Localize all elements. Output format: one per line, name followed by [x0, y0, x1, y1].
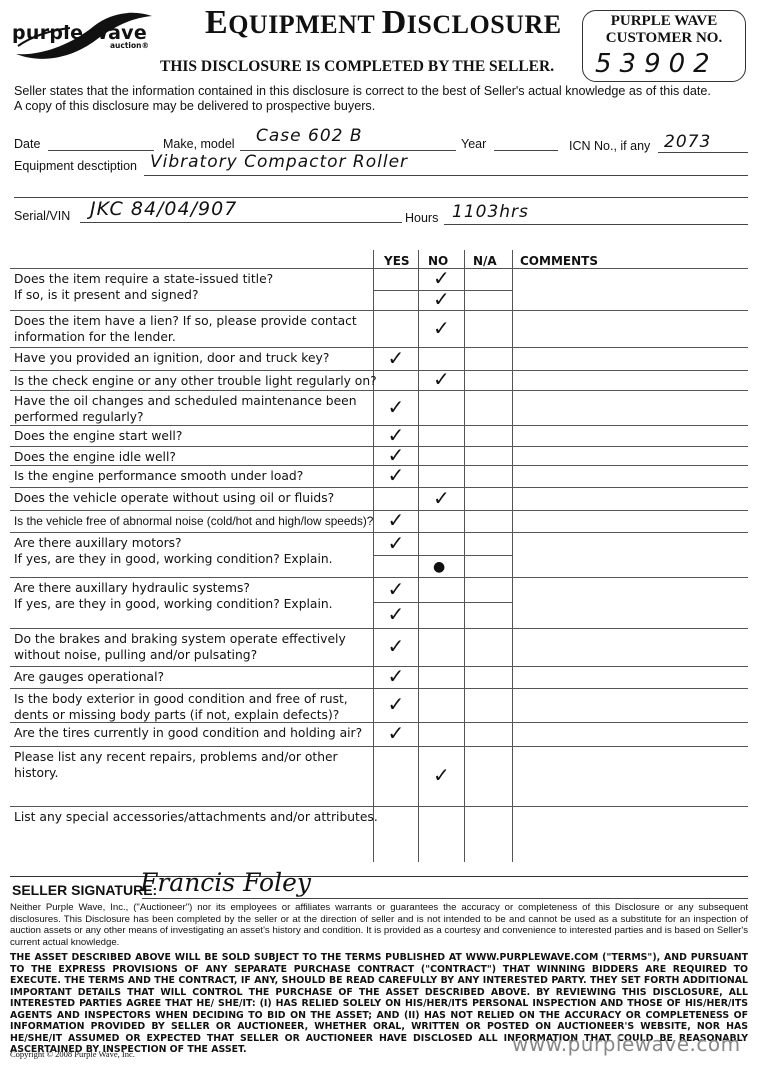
checkmark-icon[interactable]: ✓ [433, 268, 450, 288]
comments-cell[interactable] [514, 667, 748, 687]
website-link[interactable]: www.purplewave.com [512, 1032, 741, 1056]
comments-cell[interactable] [514, 488, 748, 509]
question-row: Are gauges operational? [14, 669, 164, 685]
checkmark-icon[interactable]: ✓ [388, 533, 405, 553]
checkmark-icon[interactable]: ✓ [388, 397, 405, 417]
comments-cell[interactable] [514, 723, 748, 745]
column-divider [418, 250, 419, 862]
checkmark-icon[interactable]: ✓ [388, 510, 405, 530]
question-row: Are there auxillary hydraulic systems?If… [14, 580, 333, 612]
comments-cell[interactable] [514, 629, 748, 665]
checkmark-icon[interactable]: ✓ [388, 666, 405, 686]
question-text: If yes, are they in good, working condit… [14, 551, 333, 567]
column-divider [373, 250, 374, 862]
question-row: Is the vehicle free of abnormal noise (c… [14, 513, 373, 529]
question-text: Is the body exterior in good condition a… [14, 691, 348, 707]
seller-signature-value: Francis Foley [140, 868, 311, 897]
column-divider [464, 250, 465, 862]
comments-cell[interactable] [514, 447, 748, 464]
question-text: dents or missing body parts (if not, exp… [14, 707, 348, 723]
question-row: Is the check engine or any other trouble… [14, 373, 377, 389]
question-row: Does the vehicle operate without using o… [14, 490, 334, 506]
column-divider [512, 250, 513, 862]
signature-separator [10, 876, 748, 877]
col-comments: COMMENTS [520, 254, 598, 268]
question-text: If yes, are they in good, working condit… [14, 596, 333, 612]
checkmark-icon[interactable]: ✓ [388, 348, 405, 368]
question-row: Have you provided an ignition, door and … [14, 350, 329, 366]
question-text: Have the oil changes and scheduled maint… [14, 393, 357, 409]
comments-cell[interactable] [514, 747, 748, 805]
question-text: Does the engine idle well? [14, 449, 176, 465]
question-text: Please list any recent repairs, problems… [14, 749, 338, 765]
comments-cell[interactable] [514, 466, 748, 486]
sub-row-divider [373, 555, 512, 556]
question-row: Does the engine start well? [14, 428, 182, 444]
comments-cell[interactable] [514, 269, 748, 309]
question-row: Are there auxillary motors?If yes, are t… [14, 535, 333, 567]
comments-cell[interactable] [514, 533, 748, 576]
question-text: information for the lender. [14, 329, 357, 345]
question-text: Are the tires currently in good conditio… [14, 725, 362, 741]
question-text: Do the brakes and braking system operate… [14, 631, 346, 647]
question-row: Does the item require a state-issued tit… [14, 271, 273, 303]
checkmark-icon[interactable]: ✓ [388, 604, 405, 624]
question-text: Does the vehicle operate without using o… [14, 490, 334, 506]
question-text: Are there auxillary hydraulic systems? [14, 580, 333, 596]
comments-cell[interactable] [514, 371, 748, 389]
checkmark-icon[interactable]: ✓ [433, 318, 450, 338]
disclosure-table: YES NO N/A COMMENTS Does the item requir… [0, 0, 758, 880]
checkmark-icon[interactable]: ✓ [433, 289, 450, 309]
question-text: history. [14, 765, 338, 781]
col-na: N/A [473, 254, 497, 268]
checkmark-icon[interactable]: ✓ [388, 579, 405, 599]
comments-cell[interactable] [514, 807, 748, 861]
question-row: Does the engine idle well? [14, 449, 176, 465]
seller-signature-field[interactable] [142, 898, 748, 899]
question-text: Are gauges operational? [14, 669, 164, 685]
checkmark-icon[interactable]: ✓ [388, 445, 405, 465]
question-row: Are the tires currently in good conditio… [14, 725, 362, 741]
col-yes: YES [384, 254, 410, 268]
comments-cell[interactable] [514, 426, 748, 445]
question-row: List any special accessories/attachments… [14, 809, 378, 825]
comments-cell[interactable] [514, 689, 748, 721]
question-row: Have the oil changes and scheduled maint… [14, 393, 357, 425]
disclaimer-text: Neither Purple Wave, Inc., ("Auctioneer"… [10, 902, 748, 948]
checkmark-icon[interactable]: ✓ [388, 465, 405, 485]
checkmark-icon[interactable]: ✓ [388, 723, 405, 743]
question-text: Does the engine start well? [14, 428, 182, 444]
comments-cell[interactable] [514, 578, 748, 627]
comments-cell[interactable] [514, 391, 748, 424]
comments-cell[interactable] [514, 511, 748, 531]
question-text: Are there auxillary motors? [14, 535, 333, 551]
question-row: Does the item have a lien? If so, please… [14, 313, 357, 345]
checkmark-icon[interactable]: ✓ [433, 765, 450, 785]
comments-cell[interactable] [514, 348, 748, 369]
question-row: Is the body exterior in good condition a… [14, 691, 348, 723]
question-text: without noise, pulling and/or pulsating? [14, 647, 346, 663]
question-text: Is the check engine or any other trouble… [14, 373, 377, 389]
question-text: List any special accessories/attachments… [14, 809, 378, 825]
scribbled-mark-icon[interactable]: ● [433, 557, 445, 577]
checkmark-icon[interactable]: ✓ [388, 636, 405, 656]
question-row: Please list any recent repairs, problems… [14, 749, 338, 781]
question-text: performed regularly? [14, 409, 357, 425]
comments-cell[interactable] [514, 311, 748, 346]
question-text: Does the item require a state-issued tit… [14, 271, 273, 287]
seller-signature-label: SELLER SIGNATURE: [12, 882, 157, 898]
checkmark-icon[interactable]: ✓ [388, 425, 405, 445]
question-text: Is the engine performance smooth under l… [14, 468, 303, 484]
question-row: Do the brakes and braking system operate… [14, 631, 346, 663]
question-text: Have you provided an ignition, door and … [14, 350, 329, 366]
question-text: If so, is it present and signed? [14, 287, 273, 303]
checkmark-icon[interactable]: ✓ [433, 488, 450, 508]
question-text: Is the vehicle free of abnormal noise (c… [14, 513, 373, 529]
checkmark-icon[interactable]: ✓ [433, 369, 450, 389]
question-row: Is the engine performance smooth under l… [14, 468, 303, 484]
question-text: Does the item have a lien? If so, please… [14, 313, 357, 329]
copyright: Copyright © 2008 Purple Wave, Inc. [10, 1049, 135, 1059]
checkmark-icon[interactable]: ✓ [388, 694, 405, 714]
